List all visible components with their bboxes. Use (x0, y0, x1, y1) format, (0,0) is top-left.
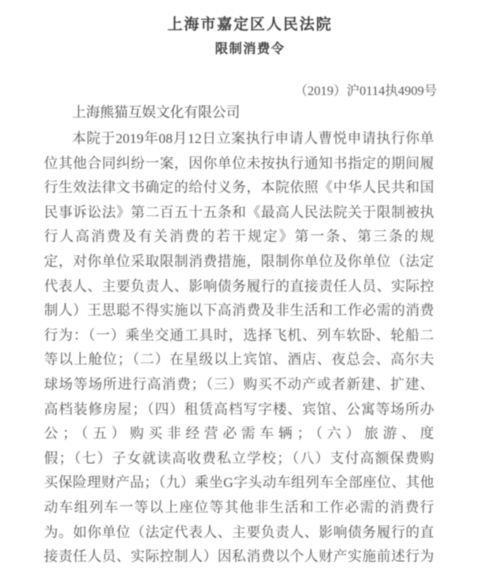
court-name: 上海市嘉定区人民法院 (0, 13, 500, 34)
body-line: 行生效法律文书确定的给付义务，本院依照《中华人民共和国 (44, 177, 434, 202)
body-line: 民事诉讼法》第二百五十五条和《最高人民法院关于限制被执 (44, 202, 434, 227)
body-line: 接责任人员、实际控制人）因私消费以个人财产实施前述行为 (44, 546, 434, 571)
body-line: 高档装修房屋；（四）租赁高档写字楼、宾馆、公寓等场所办 (44, 399, 434, 424)
scanned-document: 上海市嘉定区人民法院 限制消费令 （2019）沪0114执4909号 上海熊猫互… (0, 0, 500, 579)
body-line: 行人高消费及有关消费的若干规定》第一条、第三条的规 (44, 226, 434, 251)
body-line: 公；（五）购买非经营必需车辆；（六）旅游、度 (44, 423, 434, 448)
body-line: 行为：（一）乘坐交通工具时，选择飞机、列车软卧、轮船二 (44, 325, 434, 350)
body-line: 定，对你单位采取限制消费措施，限制你单位及你单位（法定 (44, 251, 434, 276)
body-line: 球场等场所进行高消费；（三）购买不动产或者新建、扩建、 (44, 374, 434, 399)
body-line: 买保险理财产品；（九）乘坐G字头动车组列车全部座位、其他 (44, 472, 434, 497)
body-line: 动车组列车一等以上座位等其他非生活和工作必需的消费行 (44, 497, 434, 522)
document-title: 限制消费令 (0, 38, 500, 57)
body-line: 位其他合同纠纷一案，因你单位未按执行通知书指定的期间履 (44, 153, 434, 178)
body-line: 制人）王思聪不得实施以下高消费及非生活和工作必需的消费 (44, 300, 434, 325)
body-line: 本院于2019年08月12日立案执行申请人曹悦申请执行你单 (44, 128, 434, 153)
addressee-company-name: 上海熊猫互娱文化有限公司 (44, 102, 434, 122)
body-line: 为。如你单位（法定代表人、主要负责人、影响债务履行的直 (44, 522, 434, 547)
body-line: 等以上舱位；（二）在星级以上宾馆、酒店、夜总会、高尔夫 (44, 349, 434, 374)
body-line: 假；（七）子女就读高收费私立学校；（八）支付高额保费购 (44, 448, 434, 473)
body-line: 代表人、主要负责人、影响债务履行的直接责任人员、实际控 (44, 276, 434, 301)
document-body: 本院于2019年08月12日立案执行申请人曹悦申请执行你单位其他合同纠纷一案，因… (44, 128, 434, 571)
document-page: 上海市嘉定区人民法院 限制消费令 （2019）沪0114执4909号 上海熊猫互… (0, 0, 500, 579)
case-number: （2019）沪0114执4909号 (0, 80, 437, 99)
